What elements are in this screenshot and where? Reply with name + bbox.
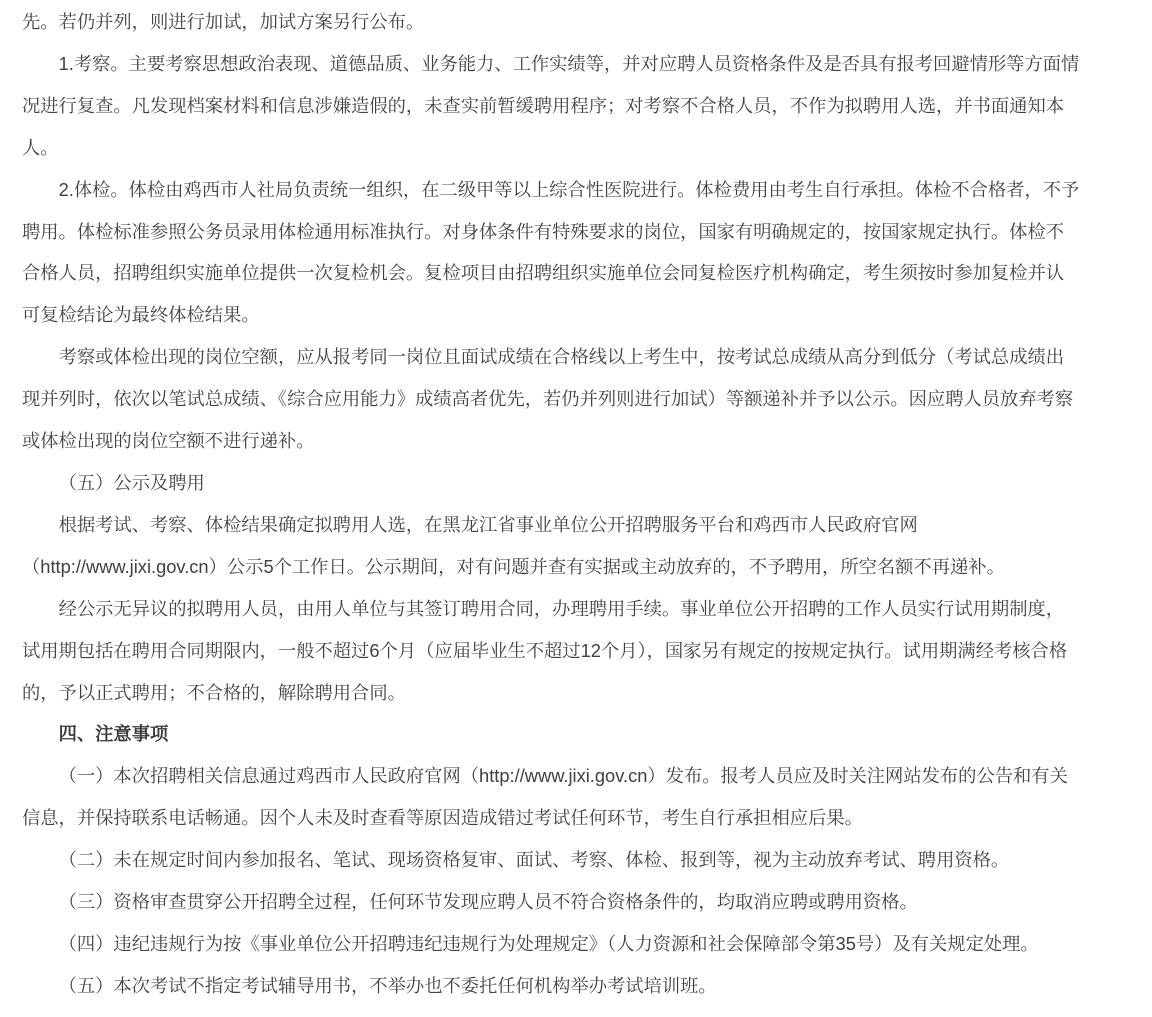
paragraph: 先。若仍并列，则进行加试，加试方案另行公布。	[22, 1, 1080, 43]
paragraph: 1.考察。主要考察思想政治表现、道德品质、业务能力、工作实绩等，并对应聘人员资格…	[22, 43, 1080, 169]
paragraph: （三）资格审查贯穿公开招聘全过程，任何环节发现应聘人员不符合资格条件的，均取消应…	[22, 881, 1080, 923]
paragraph: （四）违纪违规行为按《事业单位公开招聘违纪违规行为处理规定》（人力资源和社会保障…	[22, 923, 1080, 965]
document-body: 先。若仍并列，则进行加试，加试方案另行公布。1.考察。主要考察思想政治表现、道德…	[0, 0, 1152, 1007]
paragraph: （五）公示及聘用	[22, 462, 1080, 504]
paragraph: （一）本次招聘相关信息通过鸡西市人民政府官网（http://www.jixi.g…	[22, 755, 1080, 839]
paragraph: 考察或体检出现的岗位空额，应从报考同一岗位且面试成绩在合格线以上考生中，按考试总…	[22, 336, 1080, 462]
paragraph: （二）未在规定时间内参加报名、笔试、现场资格复审、面试、考察、体检、报到等，视为…	[22, 839, 1080, 881]
paragraph: 2.体检。体检由鸡西市人社局负责统一组织，在二级甲等以上综合性医院进行。体检费用…	[22, 169, 1080, 337]
paragraph: （五）本次考试不指定考试辅导用书，不举办也不委托任何机构举办考试培训班。	[22, 965, 1080, 1007]
paragraph: 根据考试、考察、体检结果确定拟聘用人选，在黑龙江省事业单位公开招聘服务平台和鸡西…	[22, 504, 1080, 588]
paragraph: 经公示无异议的拟聘用人员，由用人单位与其签订聘用合同，办理聘用手续。事业单位公开…	[22, 588, 1080, 714]
section-heading: 四、注意事项	[22, 713, 1080, 755]
